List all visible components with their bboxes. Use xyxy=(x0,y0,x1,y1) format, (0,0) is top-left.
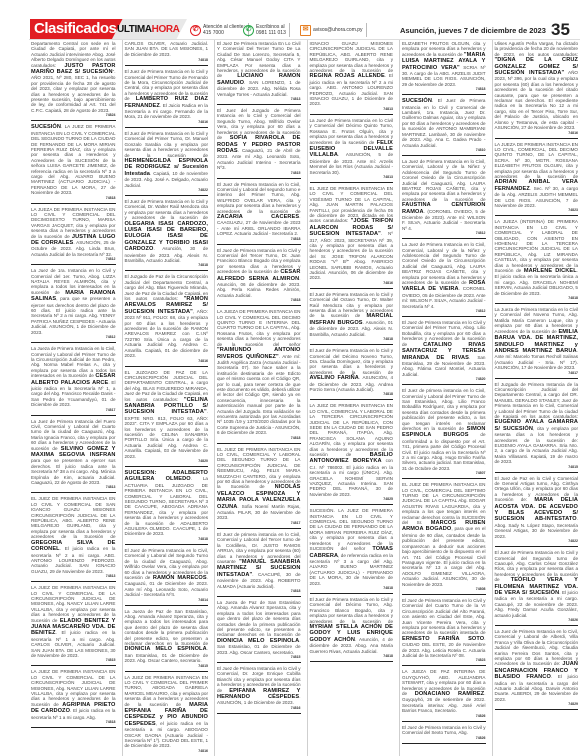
legal-notice: El Juzgado de Paz de la Circunscripción … xyxy=(125,273,209,366)
legal-notice: ELIZABETH FRUTOS OLGUIN, cita y emplaza … xyxy=(402,40,486,95)
notice-code: 74818 xyxy=(310,654,394,658)
legal-notice: LA JUEZ DE PRIMERA INSTANCIA EN LO CIVIL… xyxy=(125,674,209,756)
notice-code: 74818 xyxy=(217,436,301,440)
deceased-name: SUCESIÓN xyxy=(402,98,432,104)
notice-code: 74815 xyxy=(125,664,209,668)
notice-code: 74818 xyxy=(402,87,486,91)
notice-code: 74814 xyxy=(125,598,209,602)
legal-notice: El Juez de Primera Instancia en lo Civil… xyxy=(125,198,209,271)
notice-code: 74812 xyxy=(402,231,486,235)
notice-code: 74820 xyxy=(402,377,486,381)
notice-code: 74818 xyxy=(217,298,301,302)
notice-code: 74816 xyxy=(310,281,394,285)
page-number: 35 xyxy=(551,20,570,40)
notice-code: 74816 xyxy=(217,706,301,710)
notice-code: 74818 xyxy=(495,296,579,300)
notice-code: 74822 xyxy=(495,539,579,543)
deceased-name: DONACIANO RAMÍREZ xyxy=(415,691,485,697)
legal-notice: SUCESION: ADALBERTO AGUILERA OLMEDO. La … xyxy=(125,469,209,545)
notice-code: 74816 xyxy=(125,120,209,124)
legal-notice: LA JUEZA (INTERINA) DE PRIMERA INSTANCIA… xyxy=(495,218,579,304)
legal-notice: SUCESIÓN. El Juez de Primera Instancia e… xyxy=(402,97,486,156)
legal-notice: El Juez de Primera Instancia en lo Civil… xyxy=(217,247,301,307)
deceased-name: DIONICIA MELO ESPINOLA xyxy=(125,646,207,652)
legal-notice: SUCESIÓN. LA JUEZ DE PRIMERA INSTANCIA E… xyxy=(31,123,116,203)
notice-code: 74818 xyxy=(125,537,209,541)
notice-code: 74829 xyxy=(495,702,579,706)
notice-code: 74813 xyxy=(310,175,394,179)
legal-notice: La Jueza de Primera Instancia en lo Civi… xyxy=(495,306,579,378)
legal-notice: EL JUEZ DE PRIMERA INSTANCIA EN LO CIVIL… xyxy=(310,185,394,289)
legal-notice: LA JUEZA DE PRIMERA INSTANCIA EN LO CIVI… xyxy=(217,308,301,443)
notice-code: 74826 xyxy=(402,736,486,740)
notice-code: 74812 xyxy=(31,257,116,261)
section-title: Clasificados xyxy=(30,19,126,39)
notice-code: 74815 xyxy=(495,465,579,469)
legal-notice: El Juez de Primera Instancia en lo Civil… xyxy=(310,347,394,400)
legal-notice: CARLOS OLIVER, Actuario Judicial. SAN JU… xyxy=(125,40,209,66)
notice-code: 74816 xyxy=(125,749,209,753)
legal-notice: El Juez de Primera Instancia en lo Civil… xyxy=(495,549,579,626)
contact-whatsapp: ✆ Escríbinos al0981 111 013 xyxy=(243,21,286,39)
legal-notice: EL JUEZ DE PRIMERA INSTANCIA EN LO CIVIL… xyxy=(217,446,301,529)
notice-code: 74818 xyxy=(310,392,394,396)
legal-notice: LA JUEZ DE PRIMERA INSTANCIA EN LO CIVIL… xyxy=(31,584,116,666)
mail-icon: ✉ xyxy=(300,25,311,36)
legal-notice: El Juez De Primera Instancia En Lo Civil… xyxy=(217,40,301,105)
deceased-name: ERNESTO FARIÑA SOTO xyxy=(402,636,484,642)
notice-code: 74824 xyxy=(31,113,116,117)
legal-notice: El Juez de Primera Instancia en lo Civil… xyxy=(402,724,486,745)
notice-code: 74820 xyxy=(125,459,209,463)
column-2: CARLOS OLIVER, Actuario Judicial. SAN JU… xyxy=(122,40,211,756)
legal-notice: LA JUEZA DE PRIMERA INSTANCIA EN LO CIVI… xyxy=(495,141,579,217)
legal-notice: SUCESIÓN. LA JUEZ DE PRIMERA INSTANCIA E… xyxy=(310,507,394,594)
notice-code: 74818 xyxy=(217,589,301,593)
classifieds-columns: Departamento Central con sede en la Ciud… xyxy=(29,40,580,756)
legal-notice: La Juez de Primera Instancia en lo Civil… xyxy=(402,158,486,239)
page-header: Clasificados ULTIMAHORA ✆ Atención al cl… xyxy=(0,15,580,39)
legal-notice: La Juez de 1ra. Instancia en lo Civil y … xyxy=(31,267,116,343)
notice-code: 74810 xyxy=(402,148,486,152)
notice-code: 74813 xyxy=(217,97,301,101)
legal-notice: EL JUEZ DE PRIMERA INSTANCIA EN LO CIVIL… xyxy=(402,481,486,595)
legal-notice: La Jueza de Primera Instancia en lo Civi… xyxy=(31,345,116,415)
column-1: Departamento Central con sede en la Ciud… xyxy=(29,40,118,756)
column-4: IGNACIO GUAZU MISIONES CIRCUNSCRIPCIÓN J… xyxy=(307,40,396,756)
notice-code: 74817 xyxy=(31,408,116,412)
legal-notice: El Juez de primera instancia en lo Civil… xyxy=(217,531,301,597)
deceased-name: ZACARIA CACERES xyxy=(217,214,299,220)
notice-code: 74813 xyxy=(310,107,394,111)
legal-notice: LA JUEZA DE PRIMERA INSTANCIA EN LO CIVI… xyxy=(31,206,116,266)
notice-code: 74823 xyxy=(402,658,486,662)
legal-notice: El Juez de Paz en lo Civil y Comercial d… xyxy=(495,475,579,547)
column-5: ELIZABETH FRUTOS OLGUIN, cita y emplaza … xyxy=(399,40,488,756)
legal-notice: El Juez del Juzgado de Primera Instancia… xyxy=(217,107,301,178)
newspaper-logo: ULTIMAHORA xyxy=(117,23,179,37)
legal-notice: El Juez de Primera Instancia en lo Civil… xyxy=(125,130,209,196)
notice-code: 74813 xyxy=(31,574,116,578)
notice-code: 74808 xyxy=(402,587,486,591)
legal-notice: EL JUEZ DE PRIMERA INSTANCIA EN LO CIVIL… xyxy=(31,495,116,582)
legal-notice: Departamento Central con sede en la Ciud… xyxy=(31,40,116,121)
notice-code: 74818 xyxy=(310,586,394,590)
legal-notice: El Juez de Primera Instancia en lo Civil… xyxy=(217,181,301,245)
notice-code: 74818 xyxy=(217,237,301,241)
legal-notice: IGNACIO GUAZU MISIONES CIRCUNSCRIPCIÓN J… xyxy=(310,40,394,115)
notice-code: 74826 xyxy=(402,714,486,718)
legal-notice: El Juez de primera instancia en lo Civil… xyxy=(402,387,486,479)
legal-notice: EL JUZGADO DE PAZ DE LA CIRCUNSCRIPCIÓN … xyxy=(125,369,209,468)
deceased-name: MARLENE DICKEL xyxy=(524,268,577,274)
notice-code: 74818 xyxy=(310,337,394,341)
deceased-name: EPIFANIA RAMIREZ Y HERNANDO CÉSPEDES xyxy=(217,688,301,700)
legal-notice: El Juez de Primera Instancia en lo Civil… xyxy=(125,547,209,606)
legal-notice: La Juez de Primera Instancia en lo Civil… xyxy=(402,241,486,317)
notice-code: 74818 xyxy=(31,720,116,724)
legal-notice: El Juez de Primera Instancia en lo Civil… xyxy=(125,68,209,128)
legal-notice: LA JUEZ DE PRIMERA INSTANCIA EN LO CIVIL… xyxy=(31,668,116,728)
divider xyxy=(366,23,367,37)
deceased-name: REGINA ROJAS ALLENDE xyxy=(310,73,385,79)
legal-notice: La Jueza de Paz de San Estanislao, Abog.… xyxy=(125,608,209,672)
notice-code: 74817 xyxy=(217,521,301,525)
deceased-name: SUCESIÓN xyxy=(31,124,61,130)
notice-code: 74818 xyxy=(31,196,116,200)
legal-notice: LA JUEZ DE PRIMERA INSTANCIA EN LO CIVIL… xyxy=(310,402,394,505)
column-6: Ulises Agustín Peña Vargas, ha dictado l… xyxy=(492,40,580,756)
legal-notice: La Jueza de Paz de San Estanislao Abog. … xyxy=(217,599,301,663)
legal-notice: Ulises Agustín Peña Vargas, ha dictado l… xyxy=(495,40,579,139)
divider xyxy=(289,23,290,37)
notice-code: 74818 xyxy=(125,58,209,62)
notice-code: 74815 xyxy=(217,171,301,175)
legal-notice: El Juez de Primera Instancia en lo Civil… xyxy=(402,597,486,666)
legal-notice: El Juzgado de Primera Instancia de la Ci… xyxy=(495,381,579,473)
publication-date: Asunción, jueves 7 de diciembre de 2023 xyxy=(400,26,546,35)
notice-code: 74812 xyxy=(31,335,116,339)
legal-notice: El Juez de Primera Instancia en lo Civil… xyxy=(310,291,394,345)
legal-notice: La Juez de Primera Instancia en lo Civil… xyxy=(495,628,579,710)
legal-notice: La Juez de Primera Instancia en lo Civil… xyxy=(310,117,394,183)
notice-code: 74807 xyxy=(402,471,486,475)
notice-code: 74817 xyxy=(495,371,579,375)
notice-code: 74816 xyxy=(125,359,209,363)
phone-icon: ✆ xyxy=(190,25,201,36)
legal-notice: La Juez de Primera Instancia del Fuero C… xyxy=(31,418,116,494)
notice-code: 74815 xyxy=(217,655,301,659)
notice-code: 74823 xyxy=(495,208,579,212)
notice-code: 74813 xyxy=(31,485,116,489)
column-3: El Juez De Primera Instancia En Lo Civil… xyxy=(214,40,303,756)
deceased-name: DIONICIA MELO ESPINOLA xyxy=(217,638,299,644)
notice-code: 74818 xyxy=(125,263,209,267)
legal-notice: El Juez de Primera Instancia en lo Civil… xyxy=(217,665,301,714)
contact-phone: ✆ Atención al cliente:415 7000 xyxy=(190,21,245,39)
deceased-name: AVELINO FARIÑA xyxy=(310,375,359,381)
notice-code: 74812 xyxy=(402,309,486,313)
deceased-name: RAMÓN MARECOS xyxy=(153,575,207,581)
legal-notice: El Juez de Primera Instancia en lo Civil… xyxy=(402,319,486,385)
notice-code: 74815 xyxy=(31,658,116,662)
legal-notice: LA JUEZA DE PAZ INTERINA DE GUYQUYHÓ, AB… xyxy=(402,668,486,721)
notice-code: 74816 xyxy=(495,131,579,135)
contact-email[interactable]: ✉ avisos@uhora.com.py xyxy=(300,21,363,39)
notice-code: 74822 xyxy=(125,188,209,192)
whatsapp-icon: ✆ xyxy=(243,25,254,36)
notice-code: 74826 xyxy=(495,618,579,622)
legal-notice: El Juez de Primera Instancia en lo Civil… xyxy=(310,596,394,662)
notice-code: 74825 xyxy=(310,497,394,501)
